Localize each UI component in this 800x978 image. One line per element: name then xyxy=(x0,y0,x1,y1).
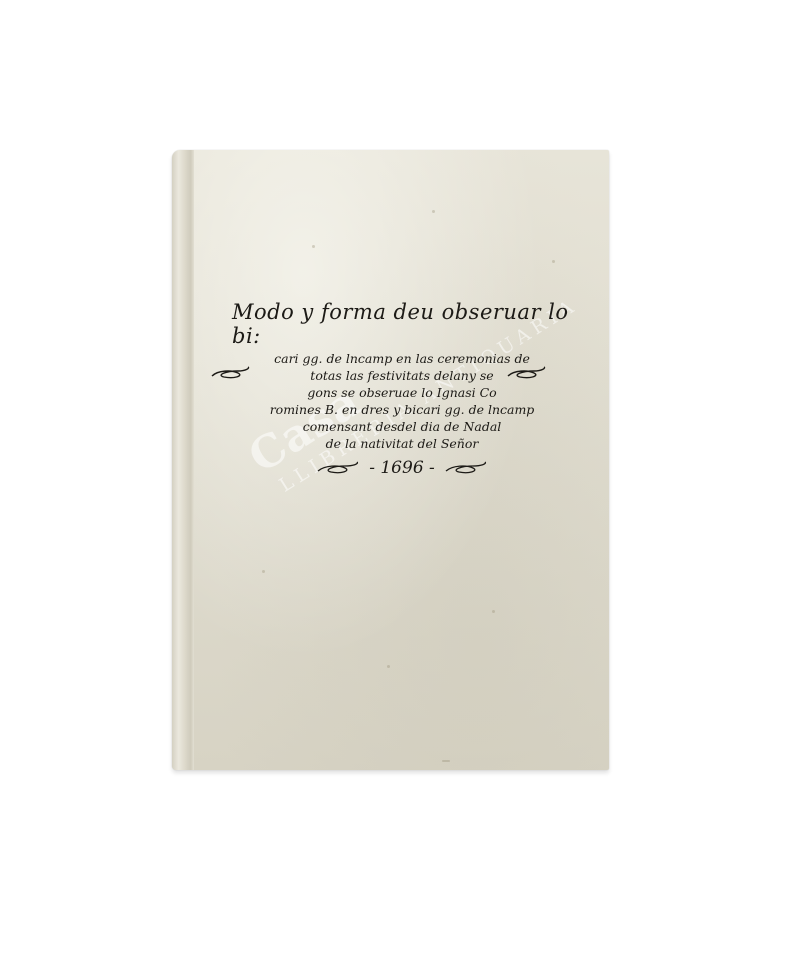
product-photo: Casa LLIBRERIA ANTIQUARIA Modo y forma d… xyxy=(0,0,800,978)
title-line: gons se obseruae lo Ignasi Co xyxy=(212,384,592,401)
handwritten-title: Modo y forma deu obseruar lo bi: cari gg… xyxy=(212,300,592,478)
year: - 1696 - xyxy=(369,458,435,478)
paper-speckle xyxy=(387,665,390,668)
paper-speckle xyxy=(312,245,315,248)
title-line: de la nativitat del Señor xyxy=(212,435,592,452)
title-line: romines B. en dres y bicari gg. de lncam… xyxy=(212,401,592,418)
spine-hinge xyxy=(172,150,194,770)
title-line: cari gg. de lncamp en las ceremonias de xyxy=(212,350,592,367)
flourish-icon xyxy=(315,461,361,475)
title-line: comensant desdel dia de Nadal xyxy=(212,418,592,435)
paper-speckle xyxy=(552,260,555,263)
paper-speckle xyxy=(492,610,495,613)
paper-speckle xyxy=(262,570,265,573)
book-cover: Casa LLIBRERIA ANTIQUARIA Modo y forma d… xyxy=(172,150,609,770)
paper-speckle xyxy=(432,210,435,213)
year-row: - 1696 - xyxy=(212,458,592,478)
paper-speckle xyxy=(442,760,450,762)
flourish-icon xyxy=(443,461,489,475)
title-line: totas las festivitats delany se xyxy=(212,367,592,384)
title-line: Modo y forma deu obseruar lo bi: xyxy=(212,300,592,348)
